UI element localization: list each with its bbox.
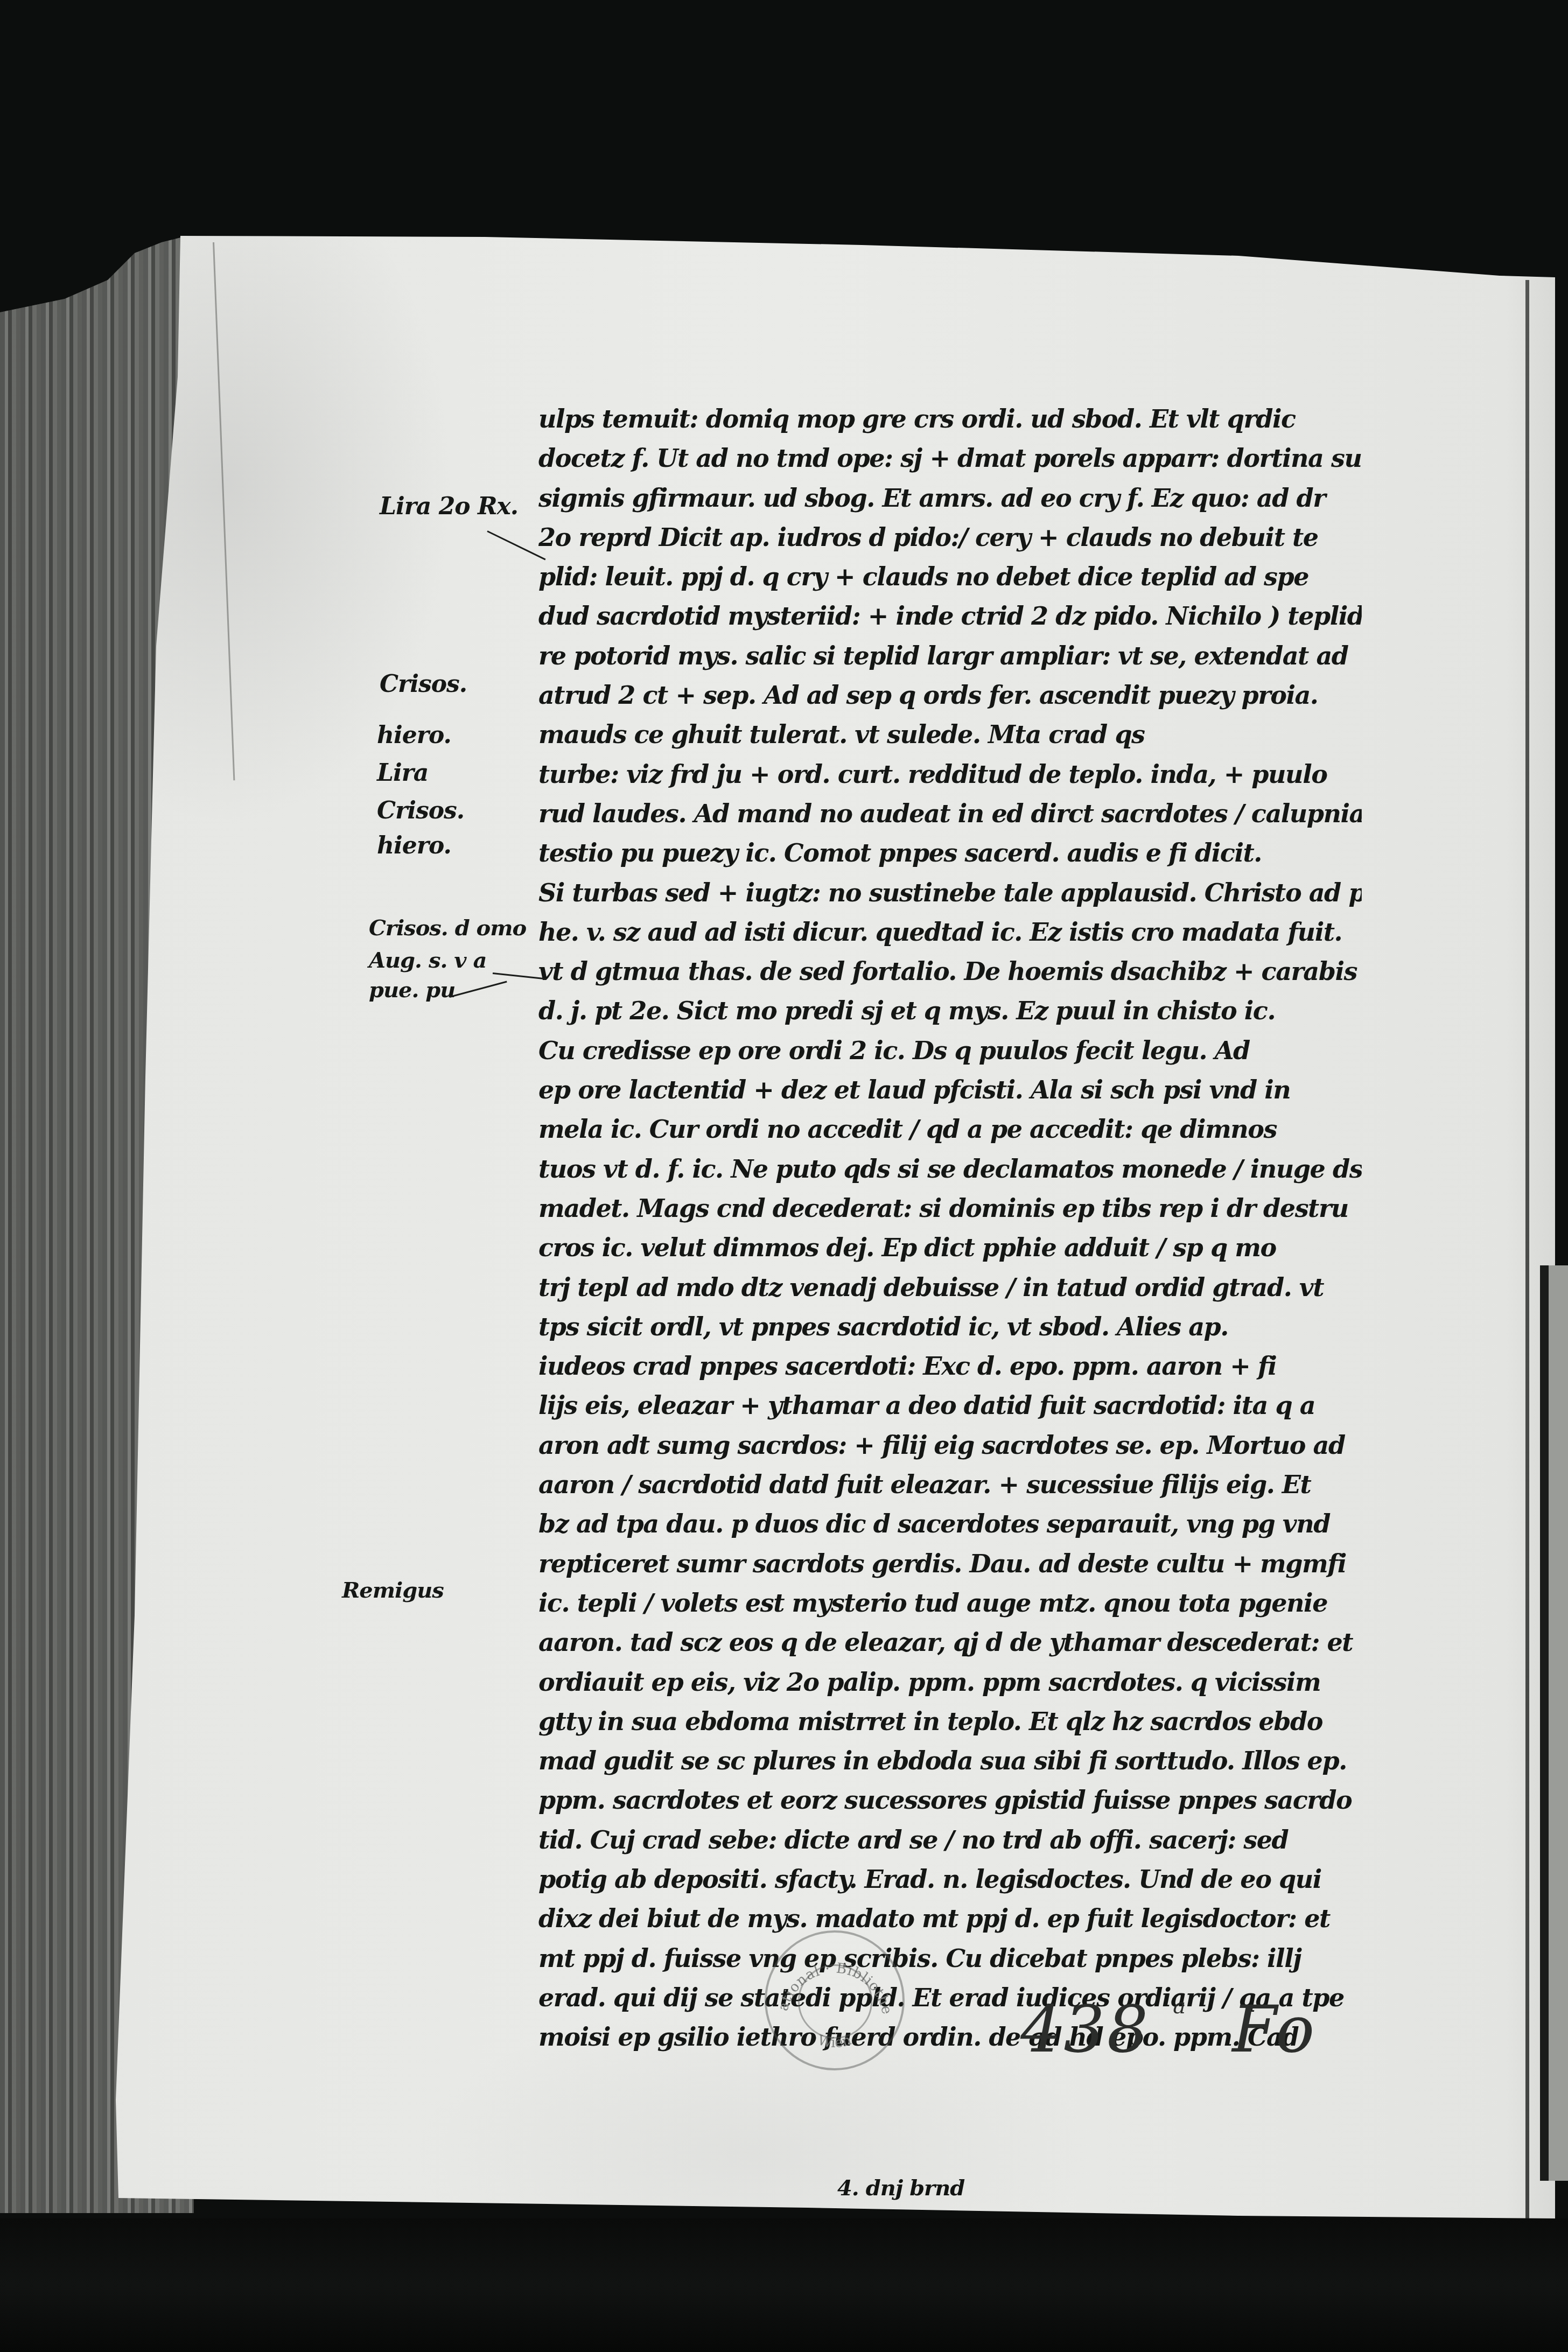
- manuscript-line: aaron / sacrdotid datd fuit eleazar. + s…: [538, 1465, 1362, 1504]
- manuscript-line: lijs eis, eleazar + ythamar a deo datid …: [538, 1386, 1362, 1425]
- manuscript-line: vt d gtmua thas. de sed fortalio. De hoe…: [538, 952, 1362, 991]
- marginal-note-remigius: Remigus: [342, 1578, 444, 1603]
- manuscript-line: bz ad tpa dau. p duos dic d sacerdotes s…: [538, 1504, 1362, 1544]
- manuscript-line: repticeret sumr sacrdots gerdis. Dau. ad…: [538, 1544, 1362, 1584]
- marginal-note-lyra-2-rx: Lira 2o Rx.: [380, 493, 518, 520]
- manuscript-line: mad gudit se sc plures in ebdoda sua sib…: [538, 1741, 1362, 1781]
- manuscript-line: dud sacrdotid mysteriid: + inde ctrid 2 …: [538, 597, 1362, 636]
- main-text-block: ulps temuit: domiq mop gre crs ordi. ud …: [538, 400, 1378, 2057]
- manuscript-line: plid: leuit. ppj d. q cry + clauds no de…: [538, 557, 1362, 597]
- manuscript-line: turbe: viz frd ju + ord. curt. redditud …: [538, 755, 1362, 794]
- manuscript-line: testio pu puezy ic. Comot pnpes sacerd. …: [538, 834, 1362, 873]
- folio-number-value: 438: [1020, 1992, 1150, 2067]
- marginal-note-pueri: pue. pu: [369, 977, 455, 1003]
- marginal-note-hieronymus: hiero.: [377, 722, 451, 749]
- manuscript-line: Si turbas sed + iugtz: no sustinebe tale…: [538, 873, 1362, 913]
- dark-background-bottom: [0, 2218, 1568, 2352]
- manuscript-line: tid. Cuj crad sebe: dicte ard se / no tr…: [538, 1821, 1362, 1860]
- manuscript-line: tps sicit ordl, vt pnpes sacrdotid ic, v…: [538, 1307, 1362, 1347]
- manuscript-line: mela ic. Cur ordi no accedit / qd a pe a…: [538, 1110, 1362, 1149]
- right-ruling-line: [1525, 280, 1529, 2218]
- manuscript-line: ep ore lactentid + dez et laud pfcisti. …: [538, 1070, 1362, 1110]
- manuscript-line: aron adt sumg sacrdos: + filij eig sacrd…: [538, 1426, 1362, 1465]
- manuscript-line: Cu credisse ep ore ordi 2 ic. Ds q puulo…: [538, 1031, 1362, 1070]
- folio-number: 438 a Fo: [1020, 1992, 1317, 2067]
- manuscript-line: potig ab depositi. sfacty. Erad. n. legi…: [538, 1860, 1362, 1899]
- marginal-note-augustinus: Aug. s. v a: [369, 948, 486, 973]
- manuscript-line: he. v. sz aud ad isti dicur. quedtad ic.…: [538, 913, 1362, 952]
- marginal-note-hieronymus-2: hiero.: [377, 832, 451, 859]
- stamp-inner-circle: [798, 1964, 872, 2039]
- right-binding-strip: [1540, 1265, 1568, 2181]
- marginal-note-crisostomus-dominus: Crisos. d omo: [369, 915, 526, 941]
- manuscript-line: ordiauit ep eis, viz 2o palip. ppm. ppm …: [538, 1663, 1362, 1702]
- manuscript-line: sigmis gfirmaur. ud sbog. Et amrs. ad eo…: [538, 479, 1362, 518]
- manuscript-line: trj tepl ad mdo dtz venadj debuisse / in…: [538, 1268, 1362, 1307]
- manuscript-line: mt ppj d. fuisse vng ep scribis. Cu dice…: [538, 1939, 1362, 1978]
- manuscript-line: rud laudes. Ad mand no audeat in ed dirc…: [538, 794, 1362, 834]
- manuscript-line: madet. Mags cnd decederat: si dominis ep…: [538, 1189, 1362, 1228]
- manuscript-line: mauds ce ghuit tulerat. vt sulede. Mta c…: [538, 715, 1362, 754]
- manuscript-line: atrud 2 ct + sep. Ad ad sep q ords fer. …: [538, 676, 1362, 715]
- bottom-ink-note: 4. dnj brnd: [837, 2175, 964, 2201]
- manuscript-line: 2o reprd Dicit ap. iudros d pido:/ cery …: [538, 518, 1362, 557]
- marginal-note-lyra: Lira: [377, 759, 428, 787]
- manuscript-line: gtty in sua ebdoma mistrret in teplo. Et…: [538, 1702, 1362, 1741]
- manuscript-line: iudeos crad pnpes sacerdoti: Exc d. epo.…: [538, 1347, 1362, 1386]
- manuscript-line: cros ic. velut dimmos dej. Ep dict pphie…: [538, 1228, 1362, 1268]
- manuscript-line: aaron. tad scz eos q de eleazar, qj d de…: [538, 1623, 1362, 1662]
- marginal-note-crisostomus: Crisos.: [380, 670, 467, 698]
- manuscript-line: docetz f. Ut ad no tmd ope: sj + dmat po…: [538, 439, 1362, 478]
- manuscript-line: re potorid mys. salic si teplid largr am…: [538, 636, 1362, 676]
- manuscript-line: ulps temuit: domiq mop gre crs ordi. ud …: [538, 400, 1362, 439]
- manuscript-line: ic. tepli / volets est mysterio tud auge…: [538, 1584, 1362, 1623]
- manuscript-line: d. j. pt 2e. Sict mo predi sj et q mys. …: [538, 991, 1362, 1031]
- manuscript-line: ppm. sacrdotes et eorz sucessores gpisti…: [538, 1781, 1362, 1820]
- folio-suffix: Fo: [1232, 1992, 1317, 2067]
- manuscript-line: dixz dei biut de mys. madato mt ppj d. e…: [538, 1899, 1362, 1938]
- marginal-note-crisostomus-2: Crisos.: [377, 797, 464, 824]
- manuscript-line: tuos vt d. f. ic. Ne puto qds si se decl…: [538, 1150, 1362, 1189]
